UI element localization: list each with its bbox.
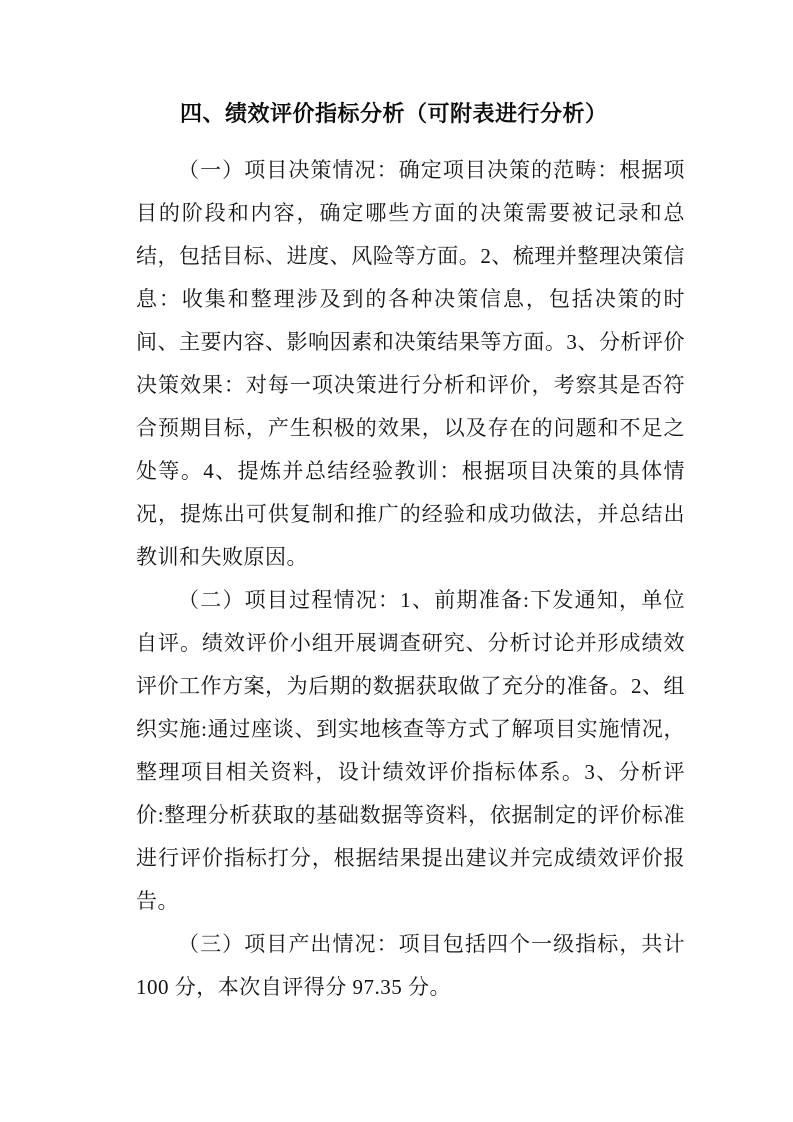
paragraph-project-decision: （一）项目决策情况：确定项目决策的范畴：根据项目的阶段和内容，确定哪些方面的决策…	[136, 149, 685, 579]
paragraph-project-process: （二）项目过程情况：1、前期准备:下发通知，单位自评。绩效评价小组开展调查研究、…	[136, 579, 685, 923]
paragraph-project-output: （三）项目产出情况：项目包括四个一级指标，共计 100 分，本次自评得分 97.…	[136, 923, 685, 1009]
document-page: 四、绩效评价指标分析（可附表进行分析） （一）项目决策情况：确定项目决策的范畴：…	[0, 0, 793, 1122]
section-heading: 四、绩效评价指标分析（可附表进行分析）	[136, 92, 685, 135]
